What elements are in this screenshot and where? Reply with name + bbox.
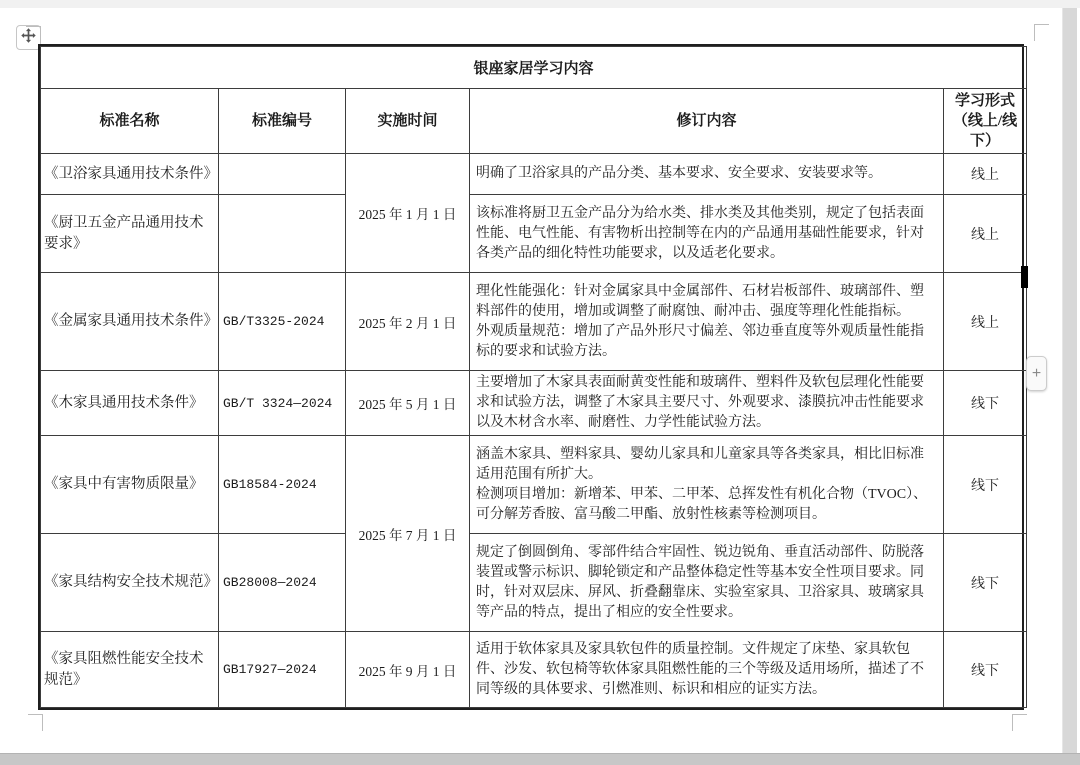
implementation-date-cell[interactable]: 2025 年 7 月 1 日 bbox=[346, 436, 470, 632]
standard-code-cell[interactable] bbox=[219, 154, 346, 195]
text-boundary-mark-bottom-left bbox=[28, 714, 43, 731]
table-row: 《家具中有害物质限量》 GB18584-2024 2025 年 7 月 1 日 … bbox=[41, 436, 1027, 534]
window-edge-strip bbox=[0, 0, 1080, 8]
implementation-date-cell[interactable]: 2025 年 5 月 1 日 bbox=[346, 371, 470, 436]
document-page: 银座家居学习内容 标准名称 标准编号 实施时间 修订内容 学习形式 （线上/线下… bbox=[0, 0, 1080, 765]
column-header-revision-content[interactable]: 修订内容 bbox=[470, 89, 944, 154]
table-row: 《金属家具通用技术条件》 GB/T3325-2024 2025 年 2 月 1 … bbox=[41, 273, 1027, 371]
learning-form-cell[interactable]: 线下 bbox=[944, 436, 1027, 534]
learning-form-cell[interactable]: 线下 bbox=[944, 371, 1027, 436]
revision-content-cell[interactable]: 适用于软体家具及家具软包件的质量控制。文件规定了床垫、家具软包件、沙发、软包椅等… bbox=[470, 632, 944, 708]
horizontal-scrollbar[interactable] bbox=[0, 753, 1080, 765]
implementation-date-cell[interactable]: 2025 年 2 月 1 日 bbox=[346, 273, 470, 371]
standard-code-cell[interactable]: GB/T3325-2024 bbox=[219, 273, 346, 371]
revision-content-cell[interactable]: 明确了卫浴家具的产品分类、基本要求、安全要求、安装要求等。 bbox=[470, 154, 944, 195]
standard-name-cell[interactable]: 《家具中有害物质限量》 bbox=[41, 436, 219, 534]
implementation-date-cell[interactable]: 2025 年 1 月 1 日 bbox=[346, 154, 470, 273]
table-row: 《木家具通用技术条件》 GB/T 3324—2024 2025 年 5 月 1 … bbox=[41, 371, 1027, 436]
revision-content-cell[interactable]: 主要增加了木家具表面耐黄变性能和玻璃件、塑料件及软包层理化性能要求和试验方法，调… bbox=[470, 371, 944, 436]
standard-code-cell[interactable]: GB18584-2024 bbox=[219, 436, 346, 534]
revision-content-cell[interactable]: 涵盖木家具、塑料家具、婴幼儿家具和儿童家具等各类家具，相比旧标准适用范围有所扩大… bbox=[470, 436, 944, 534]
table-row: 《家具结构安全技术规范》 GB28008—2024 规定了倒圆倒角、零部件结合牢… bbox=[41, 534, 1027, 632]
insert-row-button[interactable]: + bbox=[1026, 356, 1047, 391]
column-header-standard-name[interactable]: 标准名称 bbox=[41, 89, 219, 154]
learning-form-cell[interactable]: 线下 bbox=[944, 632, 1027, 708]
standard-name-cell[interactable]: 《木家具通用技术条件》 bbox=[41, 371, 219, 436]
column-header-learning-form[interactable]: 学习形式 （线上/线下） bbox=[944, 89, 1027, 154]
standard-name-cell[interactable]: 《家具阻燃性能安全技术规范》 bbox=[41, 632, 219, 708]
text-insertion-cursor bbox=[1021, 266, 1028, 288]
plus-icon: + bbox=[1032, 365, 1041, 383]
standard-name-cell[interactable]: 《卫浴家具通用技术条件》 bbox=[41, 154, 219, 195]
column-header-standard-code[interactable]: 标准编号 bbox=[219, 89, 346, 154]
text-boundary-mark-top-left bbox=[26, 26, 41, 43]
standard-name-cell[interactable]: 《厨卫五金产品通用技术要求》 bbox=[41, 195, 219, 273]
vertical-scrollbar[interactable] bbox=[1062, 8, 1077, 755]
standard-name-cell[interactable]: 《金属家具通用技术条件》 bbox=[41, 273, 219, 371]
text-boundary-mark-top-right bbox=[1034, 24, 1049, 41]
learning-form-cell[interactable]: 线上 bbox=[944, 154, 1027, 195]
revision-content-cell[interactable]: 该标准将厨卫五金产品分为给水类、排水类及其他类别，规定了包括表面性能、电气性能、… bbox=[470, 195, 944, 273]
table-title[interactable]: 银座家居学习内容 bbox=[41, 47, 1027, 89]
standard-code-cell[interactable]: GB/T 3324—2024 bbox=[219, 371, 346, 436]
revision-content-cell[interactable]: 规定了倒圆倒角、零部件结合牢固性、锐边锐角、垂直活动部件、防脱落装置或警示标识、… bbox=[470, 534, 944, 632]
standard-code-cell[interactable] bbox=[219, 195, 346, 273]
implementation-date-cell[interactable]: 2025 年 9 月 1 日 bbox=[346, 632, 470, 708]
learning-content-table: 银座家居学习内容 标准名称 标准编号 实施时间 修订内容 学习形式 （线上/线下… bbox=[38, 44, 1024, 710]
learning-form-cell[interactable]: 线上 bbox=[944, 195, 1027, 273]
text-boundary-mark-bottom-right bbox=[1012, 714, 1027, 731]
standard-code-cell[interactable]: GB28008—2024 bbox=[219, 534, 346, 632]
table-row: 《卫浴家具通用技术条件》 2025 年 1 月 1 日 明确了卫浴家具的产品分类… bbox=[41, 154, 1027, 195]
revision-content-cell[interactable]: 理化性能强化：针对金属家具中金属部件、石材岩板部件、玻璃部件、塑料部件的使用，增… bbox=[470, 273, 944, 371]
standard-code-cell[interactable]: GB17927—2024 bbox=[219, 632, 346, 708]
learning-form-cell[interactable]: 线下 bbox=[944, 534, 1027, 632]
standard-name-cell[interactable]: 《家具结构安全技术规范》 bbox=[41, 534, 219, 632]
learning-form-cell[interactable]: 线上 bbox=[944, 273, 1027, 371]
table-row: 《家具阻燃性能安全技术规范》 GB17927—2024 2025 年 9 月 1… bbox=[41, 632, 1027, 708]
column-header-implementation-date[interactable]: 实施时间 bbox=[346, 89, 470, 154]
table-row: 《厨卫五金产品通用技术要求》 该标准将厨卫五金产品分为给水类、排水类及其他类别，… bbox=[41, 195, 1027, 273]
